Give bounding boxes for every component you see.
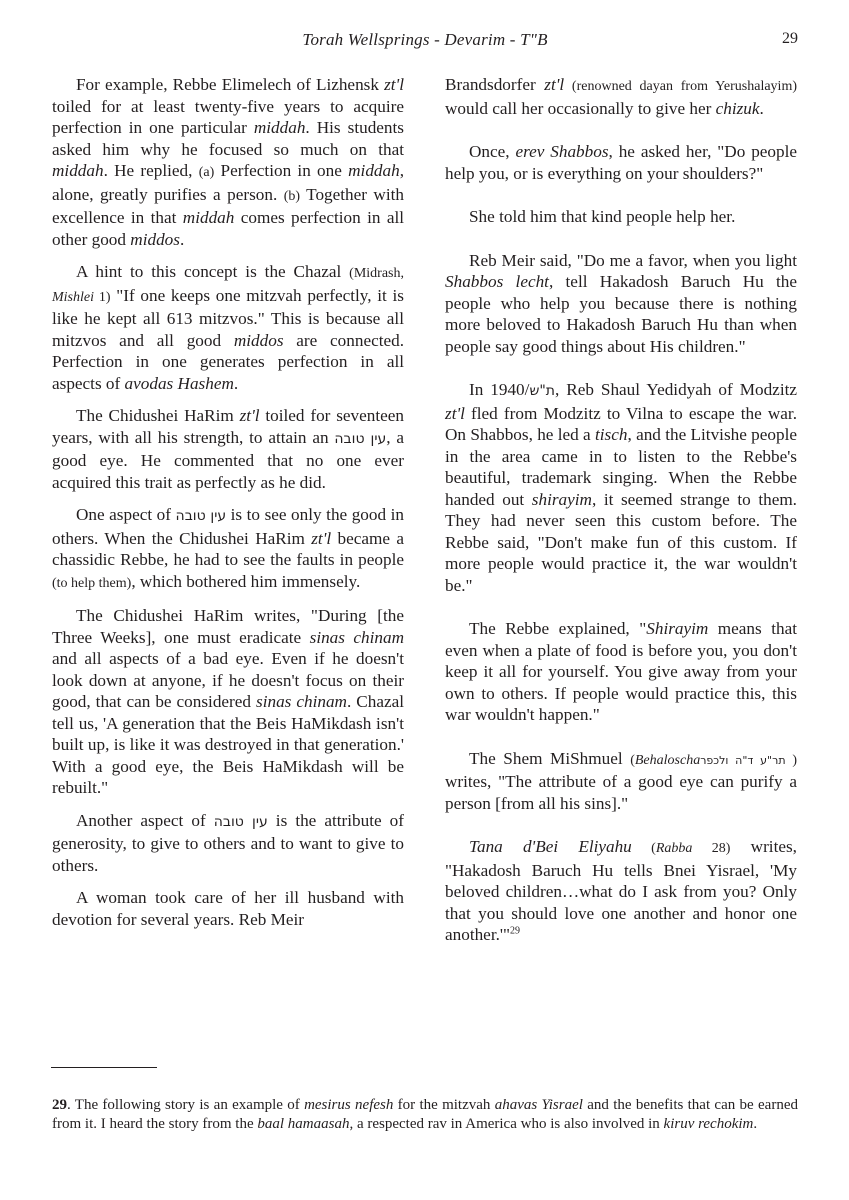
text: , a respected rav in America who is also… — [349, 1116, 663, 1132]
italic-term: chizuk — [716, 99, 760, 118]
italic-term: middah — [183, 208, 235, 227]
page-number: 29 — [782, 30, 798, 48]
text: The Rebbe explained, " — [469, 619, 646, 638]
hebrew-term: עין טובה — [334, 431, 386, 447]
italic-term: sinas chinam — [256, 692, 347, 711]
italic-term: zt'l — [445, 404, 465, 423]
text: . — [753, 1116, 757, 1132]
italic-term: middos — [130, 230, 180, 249]
text: . — [180, 230, 184, 249]
text: . The following story is an example of — [67, 1097, 304, 1113]
italic-term: mesirus nefesh — [304, 1097, 393, 1113]
paragraph-tana-dbei-eliyahu: Tana d'Bei Eliyahu (Rabba 28) writes, "H… — [445, 836, 797, 946]
footnote-reference[interactable]: 29 — [510, 925, 520, 936]
page-header: Torah Wellsprings - Devarim - T"B 29 — [52, 30, 798, 54]
text: (Midrash, — [349, 266, 404, 281]
footnote-number: 29 — [52, 1097, 67, 1113]
paragraph-chidushei-harim-toiled: The Chidushei HaRim zt'l toiled for seve… — [52, 405, 404, 493]
paragraph-kind-people: She told him that kind people help her. — [445, 206, 797, 228]
italic-term: zt'l — [311, 529, 331, 548]
right-column: Brandsdorfer zt'l (renowned dayan from Y… — [445, 74, 797, 957]
italic-term: middah — [348, 161, 400, 180]
aside-note: (to help them) — [52, 576, 131, 591]
paragraph-one-aspect: One aspect of עין טובה is to see only th… — [52, 504, 404, 594]
italic-term: shirayim — [532, 490, 592, 509]
paragraph-chazal-hint: A hint to this concept is the Chazal (Mi… — [52, 261, 404, 394]
running-title: Torah Wellsprings - Devarim - T"B — [52, 30, 798, 50]
italic-term: avodas Hashem — [125, 374, 234, 393]
paragraph-elimelech: For example, Rebbe Elimelech of Lizhensk… — [52, 74, 404, 250]
text: Brandsdorfer — [445, 75, 544, 94]
italic-term: baal hamaasah — [257, 1116, 349, 1132]
paragraph-woman-story: A woman took care of her ill husband wit… — [52, 887, 404, 930]
italic-term: kiruv rechokim — [664, 1116, 754, 1132]
text: Another aspect of — [76, 811, 214, 830]
text: . He replied, — [104, 161, 199, 180]
text: A woman took care of her ill husband wit… — [52, 888, 404, 929]
left-column: For example, Rebbe Elimelech of Lizhensk… — [52, 74, 404, 941]
text: writes, "The attribute of a good eye can… — [445, 772, 797, 813]
italic-term: Shirayim — [646, 619, 708, 638]
text: , which bothered him immensely. — [131, 572, 360, 591]
paragraph-modzitz-1940: In 1940/ת"ש, Reb Shaul Yedidyah of Modzi… — [445, 379, 797, 596]
paragraph-rebbe-explained: The Rebbe explained, "Shirayim means tha… — [445, 618, 797, 726]
italic-term: Shabbos lecht — [445, 272, 549, 291]
source-citation: (Behaloscha תר"ע ד"ה ולכפר) — [630, 753, 797, 768]
paragraph-chidushei-harim-writes: The Chidushei HaRim writes, "During [the… — [52, 605, 404, 799]
paragraph-brandsdorfer: Brandsdorfer zt'l (renowned dayan from Y… — [445, 74, 797, 119]
paragraph-shem-mishmuel: The Shem MiShmuel (Behaloscha תר"ע ד"ה ו… — [445, 748, 797, 815]
paragraph-generosity: Another aspect of עין טובה is the attrib… — [52, 810, 404, 877]
text: The Chidushei HaRim — [76, 406, 240, 425]
text: 28) — [692, 841, 730, 856]
list-marker: (a) — [199, 165, 215, 180]
text: ) — [792, 753, 797, 768]
text: One aspect of — [76, 505, 176, 524]
text: Perfection in one — [214, 161, 348, 180]
italic-term: Mishlei — [52, 290, 94, 305]
text: Reb Meir said, "Do me a favor, when you … — [469, 251, 797, 270]
source-citation: (Rabba 28) — [632, 841, 731, 856]
paragraph-erev-shabbos: Once, erev Shabbos, he asked her, "Do pe… — [445, 141, 797, 184]
italic-term: ahavas Yisrael — [495, 1097, 583, 1113]
paragraph-reb-meir-said: Reb Meir said, "Do me a favor, when you … — [445, 250, 797, 358]
italic-term: middos — [234, 331, 284, 350]
text: ( — [632, 841, 656, 856]
italic-term: tisch — [595, 425, 627, 444]
italic-term: Tana d'Bei Eliyahu — [469, 837, 632, 856]
text: would call her occasionally to give her — [445, 99, 716, 118]
italic-term: erev Shabbos — [515, 142, 608, 161]
list-marker: (b) — [284, 189, 300, 204]
hebrew-term: עין טובה — [214, 814, 268, 830]
italic-term: zt'l — [240, 406, 260, 425]
hebrew-year: ת"ש — [529, 383, 555, 399]
hebrew-citation: תר"ע ד"ה ולכפר — [700, 754, 792, 767]
italic-term: Rabba — [656, 841, 693, 856]
hebrew-term: עין טובה — [176, 508, 227, 524]
text: . — [234, 374, 238, 393]
italic-term: zt'l — [544, 75, 564, 94]
text: In 1940/ — [469, 380, 529, 399]
italic-term: middah — [52, 161, 104, 180]
text: 1) — [94, 290, 111, 305]
footnote-divider — [51, 1067, 157, 1068]
footnote-29: 29. The following story is an example of… — [52, 1096, 798, 1134]
text: She told him that kind people help her. — [469, 207, 735, 226]
text: Once, — [469, 142, 515, 161]
aside-note: (renowned dayan from Yerushalayim) — [564, 79, 797, 94]
text: for the mitzvah — [393, 1097, 494, 1113]
italic-term: middah — [254, 118, 306, 137]
text: , Reb Shaul Yedidyah of Modzitz — [555, 380, 797, 399]
text: A hint to this concept is the Chazal — [76, 262, 349, 281]
text: . — [760, 99, 764, 118]
text: For example, Rebbe Elimelech of Lizhensk — [76, 75, 384, 94]
italic-term: sinas chinam — [310, 628, 404, 647]
text: The Shem MiShmuel — [469, 749, 630, 768]
italic-term: zt'l — [384, 75, 404, 94]
italic-term: Behaloscha — [635, 753, 700, 768]
